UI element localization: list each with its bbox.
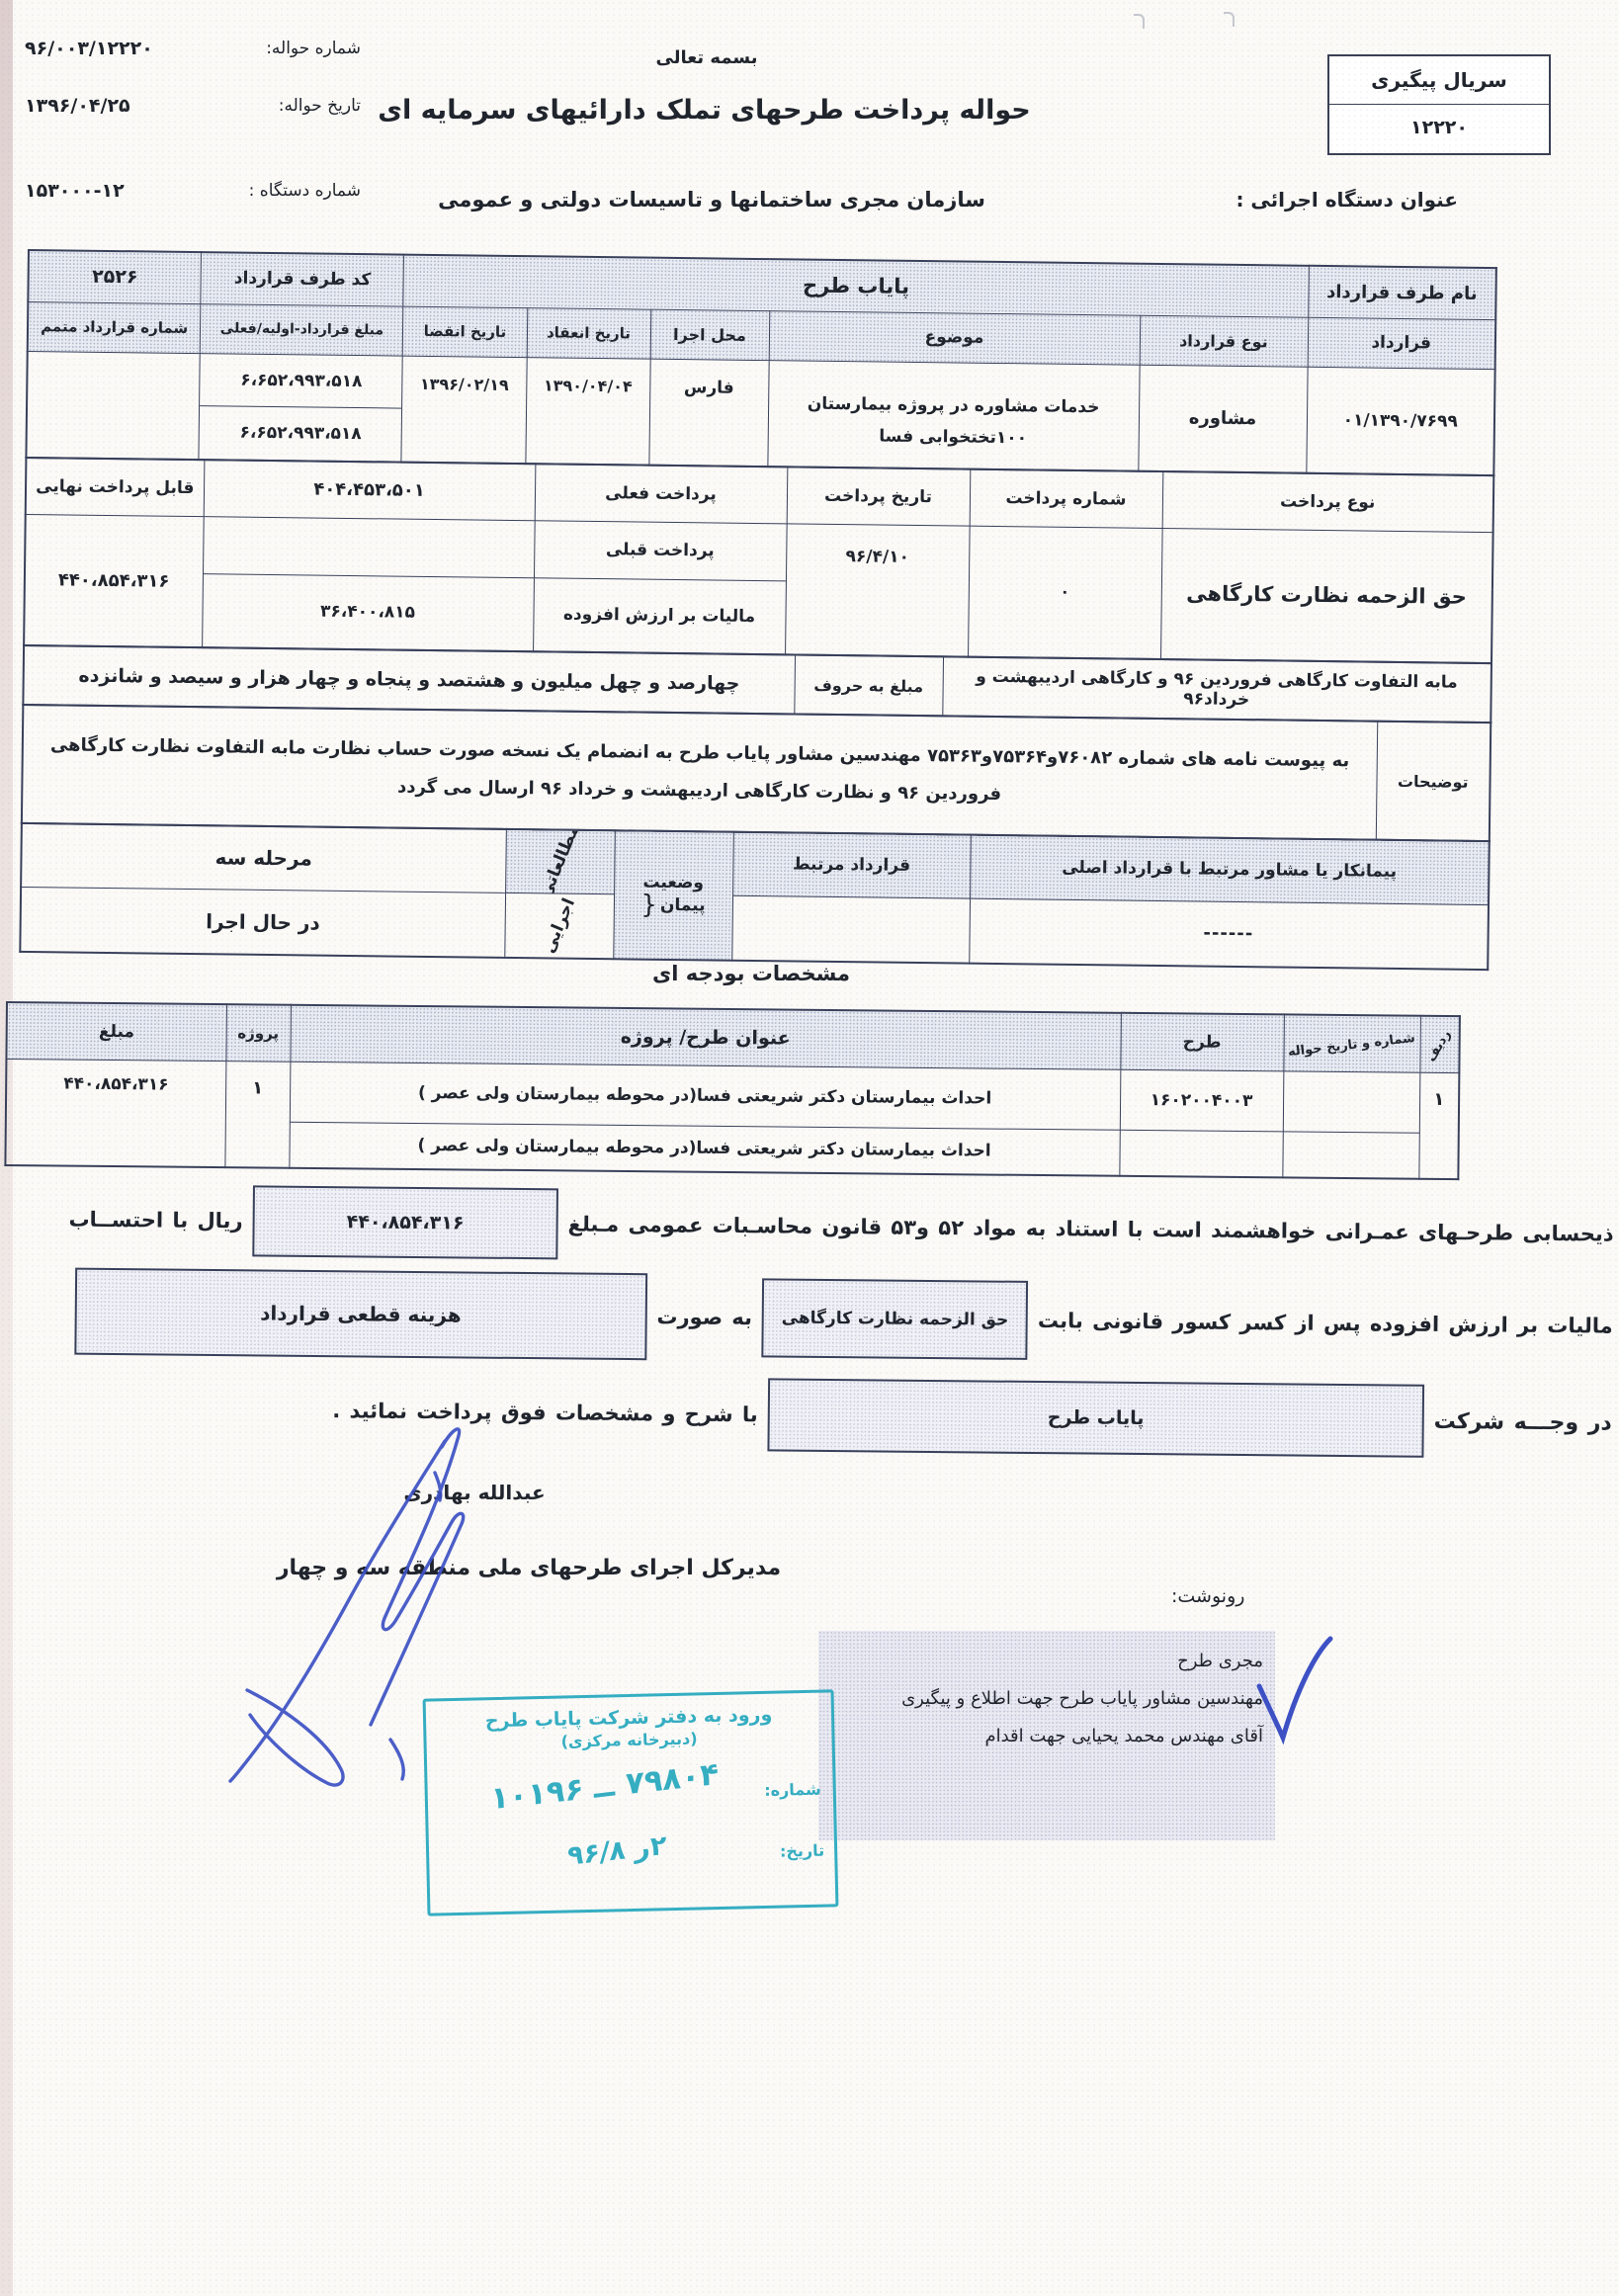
- havaleh-date-label: تاریخ حواله:: [279, 96, 361, 116]
- havaleh-no-label: شماره حواله:: [266, 39, 361, 58]
- onvan-row1: احداث بیمارستان دکتر شریعتی فسا(در محوطه…: [290, 1062, 1121, 1130]
- contract-amount-header: مبلغ قرارداد-اولیه/فعلی: [201, 303, 404, 356]
- party-code-header: کد طرف قرارداد: [201, 252, 404, 306]
- serial-value: ۱۲۲۲۰: [1329, 105, 1549, 150]
- final-payable-header: قابل پرداخت نهایی: [26, 458, 205, 516]
- mablagh-header: مبلغ: [6, 1002, 226, 1061]
- payment-date-header: تاریخ پرداخت: [787, 467, 971, 525]
- tarh-row2: [1119, 1130, 1282, 1178]
- serial-label: سریال پیگیری: [1329, 56, 1549, 105]
- havaleh-no-date-row2: [1282, 1131, 1418, 1178]
- stamp-number-value: ۱۰۱۹۶ ــ ۷۹۸۰۴: [443, 1750, 767, 1822]
- sign-date-value: ۱۳۹۰/۰۴/۰۴: [525, 357, 649, 466]
- expire-date-value: ۱۳۹۶/۰۲/۱۹: [401, 356, 526, 465]
- supplement-no-header: شماره قرارداد متمم: [28, 301, 202, 353]
- option-study: مطالعاتی: [536, 829, 584, 893]
- option-study-cell: مطالعاتی: [505, 829, 615, 893]
- vat-value: ۳۶،۴۰۰،۸۱۵: [202, 573, 534, 651]
- main-contractor-header: پیمانکار یا مشاور مرتبط با قرارداد اصلی: [970, 835, 1490, 904]
- payment-type-box: حق الزحمه نظارت کارگاهی: [762, 1278, 1029, 1360]
- payee-box: پایاب طرح: [767, 1378, 1424, 1457]
- payment-type-header: نوع پرداخت: [1162, 471, 1494, 532]
- device-no-label: شماره دستگاه :: [249, 181, 361, 201]
- contract-no-value: ۰۱/۱۳۹۰/۷۶۹۹: [1306, 367, 1494, 475]
- ref-row-device-no: شماره دستگاه : ۱۵۳۰۰۰-۱۲: [25, 180, 361, 202]
- copies-label: رونوشت:: [1171, 1585, 1244, 1607]
- payment-date-value: ۹۶/۴/۱۰: [785, 523, 970, 656]
- stamp-date-value: ۹۶/۸ ر۲: [509, 1824, 725, 1878]
- stamp-date-label: تاریخ:: [780, 1841, 825, 1861]
- havaleh-no-date-header-cell: شماره و تاریخ حواله: [1283, 1014, 1420, 1071]
- onvan-header: عنوان طرح/ پروژه: [290, 1005, 1121, 1069]
- peyman-brace-line: پیمان {: [614, 892, 731, 918]
- sign-date-header: تاریخ انعقاد: [527, 307, 651, 359]
- ref-row-havaleh-no: شماره حواله: ۹۶/۰۰۳/۱۲۲۲۰: [25, 38, 361, 59]
- copies-item-3: آقای مهندس محمد یحیایی جهت اقدام: [826, 1726, 1263, 1746]
- havaleh-no-date-value: [1283, 1070, 1420, 1132]
- payment-no-value: ۰: [968, 526, 1162, 659]
- budget-table: ردیف شماره و تاریخ حواله طرح عنوان طرح/ …: [4, 1001, 1461, 1180]
- footer-line1-right: ذیحسابی طرحـهای عمـرانی خواهشمند است با …: [567, 1212, 1613, 1245]
- copies-list: مجری طرح مهندسین مشاور پایاب طرح جهت اطل…: [818, 1631, 1275, 1840]
- tarh-header: طرح: [1120, 1013, 1284, 1071]
- previous-payment-label: پرداخت قبلی: [534, 520, 787, 580]
- vat-label: مالیات بر ارزش افزوده: [533, 577, 786, 654]
- entry-stamp: ورود به دفتر شرکت پایاب طرح (دبیرخانه مر…: [423, 1689, 839, 1915]
- subject-value: خدمات مشاوره در پروژه بیمارستان ۱۰۰تختخو…: [767, 360, 1139, 471]
- location-value: فارس: [648, 359, 768, 467]
- copies-item-1: مجری طرح: [826, 1651, 1263, 1671]
- peyman-status-label-cell: وضعیت پیمان {: [613, 830, 733, 960]
- option-exec: اجرایی: [539, 895, 579, 956]
- payment-table: نوع پرداخت شماره پرداخت تاریخ پرداخت پرد…: [23, 457, 1494, 664]
- main-contractor-value: ------: [969, 898, 1489, 970]
- radif-header: ردیف: [1424, 1027, 1454, 1063]
- subject-line1: خدمات مشاوره در پروژه بیمارستان: [772, 382, 1135, 430]
- agency-label: عنوان دستگاه اجرائی :: [1221, 188, 1458, 212]
- radif-value: ۱: [1418, 1072, 1459, 1179]
- contract-amount-value: ۶،۶۵۲،۹۹۳،۵۱۸ ۶،۶۵۲،۹۹۳،۵۱۸: [199, 353, 402, 462]
- expire-date-header: تاریخ انقضا: [403, 306, 528, 358]
- footer-line1: ذیحسابی طرحـهای عمـرانی خواهشمند است با …: [68, 1184, 1614, 1270]
- prozheh-value: ۱: [224, 1061, 290, 1168]
- current-payment-value: ۴۰۴،۴۵۳،۵۰۱: [204, 460, 536, 520]
- mablagh-value: ۴۴۰،۸۵۴،۳۱۶: [5, 1059, 225, 1167]
- footer-line3-right: در وجـــه شرکت: [1434, 1408, 1612, 1435]
- footer-line2-right: مالیات بر ارزش افزوده پس از کسر کسور قان…: [1038, 1309, 1613, 1338]
- subject-header: موضوع: [769, 310, 1141, 365]
- copies-item-2: مهندسین مشاور پایاب طرح جهت اطلاع و پیگی…: [826, 1688, 1263, 1709]
- related-contract-header: قرارداد مرتبط: [732, 832, 971, 898]
- contract-amount-initial: ۶،۶۵۲،۹۹۳،۵۱۸: [201, 354, 403, 407]
- location-header: محل اجرا: [650, 309, 770, 360]
- amount-words-desc: مابه التفاوت کارگاهی فروردین ۹۶ و کارگاه…: [942, 656, 1491, 723]
- supplement-no-value: [26, 351, 200, 460]
- scan-speck: [1134, 14, 1145, 29]
- page-title: حواله پرداخت طرحهای تملک دارائیهای سرمای…: [351, 95, 1058, 126]
- havaleh-date-value: ۱۳۹۶/۰۴/۲۵: [25, 95, 130, 117]
- onvan-row2: احداث بیمارستان دکتر شریعتی فسا(در محوطه…: [289, 1122, 1119, 1176]
- status-word: وضعیت: [615, 872, 732, 893]
- party-code-value: ۲۵۲۶: [28, 250, 202, 303]
- notes-label: توضیحات: [1376, 722, 1491, 841]
- radif-header-cell: ردیف: [1419, 1016, 1460, 1072]
- amount-words-label: مبلغ به حروف: [794, 654, 943, 716]
- notes-row: توضیحات به پیوست نامه های شماره ۷۶۰۸۲و۷۵…: [21, 704, 1491, 842]
- brace-glyph: {: [640, 893, 657, 918]
- related-contract-value: [731, 895, 970, 964]
- notes-text: به پیوست نامه های شماره ۷۶۰۸۲و۷۵۳۶۴و۷۵۳۶…: [22, 705, 1377, 840]
- final-payable-value: ۴۴۰،۸۵۴،۳۱۶: [24, 514, 204, 647]
- havaleh-no-date-header: شماره و تاریخ حواله: [1287, 1031, 1415, 1060]
- expense-kind-box: هزینه قطعی قرارداد: [74, 1268, 647, 1361]
- stage-header: مرحله سه: [21, 823, 506, 893]
- contract-type-header: نوع قرارداد: [1140, 315, 1309, 367]
- checkmark-icon: [1247, 1629, 1341, 1762]
- amount-words-value: چهارصد و چهل میلیون و هشتصد و پنجاه و چه…: [23, 645, 795, 715]
- device-no-value: ۱۵۳۰۰۰-۱۲: [25, 180, 125, 202]
- previous-payment-value: [203, 516, 535, 577]
- contract-header: قرارداد: [1308, 317, 1496, 369]
- payment-no-header: شماره پرداخت: [970, 469, 1163, 528]
- peyman-word: پیمان: [660, 895, 706, 916]
- current-payment-label: پرداخت فعلی: [535, 464, 788, 523]
- contract-type-value: مشاوره: [1138, 365, 1307, 473]
- contract-party-name-header: نام طرف قرارداد: [1308, 266, 1496, 319]
- stage-value: در حال اجرا: [20, 887, 505, 958]
- main-table-block: نام طرف قرارداد پایاب طرح کد طرف قرارداد…: [21, 249, 1497, 971]
- amount-box: ۴۴۰،۸۵۴،۳۱۶: [252, 1185, 558, 1259]
- budget-table-wrap: ردیف شماره و تاریخ حواله طرح عنوان طرح/ …: [6, 1001, 1461, 1180]
- prozheh-header: پروژه: [225, 1004, 291, 1062]
- havaleh-no-value: ۹۶/۰۰۳/۱۲۲۲۰: [25, 38, 153, 59]
- contract-amount-current: ۶،۶۵۲،۹۹۳،۵۱۸: [200, 405, 402, 460]
- status-table: پیمانکار یا مشاور مرتبط با قرارداد اصلی …: [19, 822, 1491, 971]
- stamp-number-label: شماره:: [764, 1780, 821, 1800]
- payment-type-value: حق الزحمه نظارت کارگاهی: [1160, 528, 1493, 663]
- budget-section-title: مشخصات بودجه ای: [633, 962, 870, 985]
- contract-table: نام طرف قرارداد پایاب طرح کد طرف قرارداد…: [25, 249, 1497, 476]
- option-exec-cell: اجرایی: [504, 893, 614, 959]
- org-name: سازمان مجری ساختمانها و تاسیسات دولتی و …: [410, 188, 1013, 212]
- footer-line1-left: ریال با احتســاب: [68, 1208, 242, 1233]
- serial-box: سریال پیگیری ۱۲۲۲۰: [1327, 54, 1551, 155]
- footer-line3: در وجـــه شرکت پایاب طرح با شرح و مشخصات…: [332, 1374, 1612, 1459]
- footer-line2-mid: به صورت: [656, 1305, 752, 1329]
- tarh-value: ۱۶۰۲۰۰۴۰۰۳: [1120, 1069, 1284, 1132]
- footer-line2: مالیات بر ارزش افزوده پس از کسر کسور قان…: [74, 1268, 1613, 1370]
- scanned-payment-order-document: شماره حواله: ۹۶/۰۰۳/۱۲۲۲۰ تاریخ حواله: ۱…: [0, 0, 1619, 2296]
- ref-row-havaleh-date: تاریخ حواله: ۱۳۹۶/۰۴/۲۵: [25, 95, 361, 117]
- bismillah: بسمه تعالی: [633, 47, 781, 68]
- scan-speck: [1224, 12, 1235, 27]
